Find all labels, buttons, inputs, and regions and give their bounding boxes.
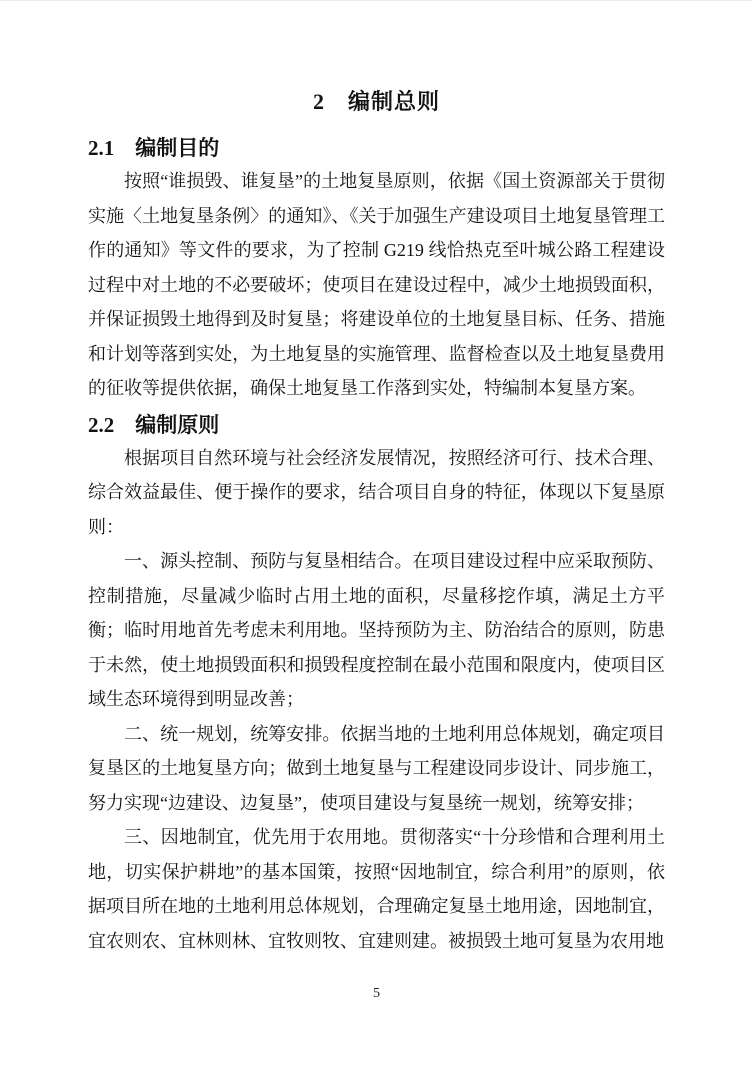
paragraph-principle-1: 一、源头控制、预防与复垦相结合。在项目建设过程中应采取预防、控制措施，尽量减少临…	[88, 544, 665, 717]
paragraph-principle-3: 三、因地制宜，优先用于农用地。贯彻落实“十分珍惜和合理利用土地，切实保护耕地”的…	[88, 820, 665, 958]
paragraph-principle-2: 二、统一规划，统筹安排。依据当地的土地利用总体规划，确定项目复垦区的土地复垦方向…	[88, 717, 665, 821]
paragraph-purpose: 按照“谁损毁、谁复垦”的土地复垦原则，依据《国土资源部关于贯彻实施〈土地复垦条例…	[88, 164, 665, 406]
document-page: 2 编制总则 2.1 编制目的 按照“谁损毁、谁复垦”的土地复垦原则，依据《国土…	[0, 0, 753, 1066]
chapter-title: 2 编制总则	[88, 87, 665, 117]
section-heading-2-2: 2.2 编制原则	[88, 410, 665, 441]
page-number: 5	[0, 986, 753, 1002]
paragraph-principles-intro: 根据项目自然环境与社会经济发展情况，按照经济可行、技术合理、综合效益最佳、便于操…	[88, 441, 665, 545]
section-heading-2-1: 2.1 编制目的	[88, 133, 665, 164]
